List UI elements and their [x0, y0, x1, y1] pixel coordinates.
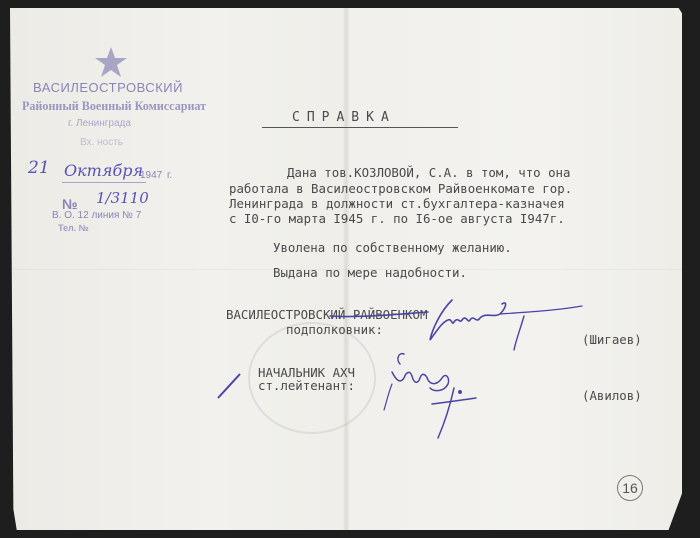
page-number: 16 — [617, 475, 643, 501]
signature-shigaev — [330, 300, 582, 350]
handwritten-signatures — [0, 0, 700, 538]
signature-avilov — [384, 354, 476, 438]
pen-slash-mark — [218, 374, 240, 398]
